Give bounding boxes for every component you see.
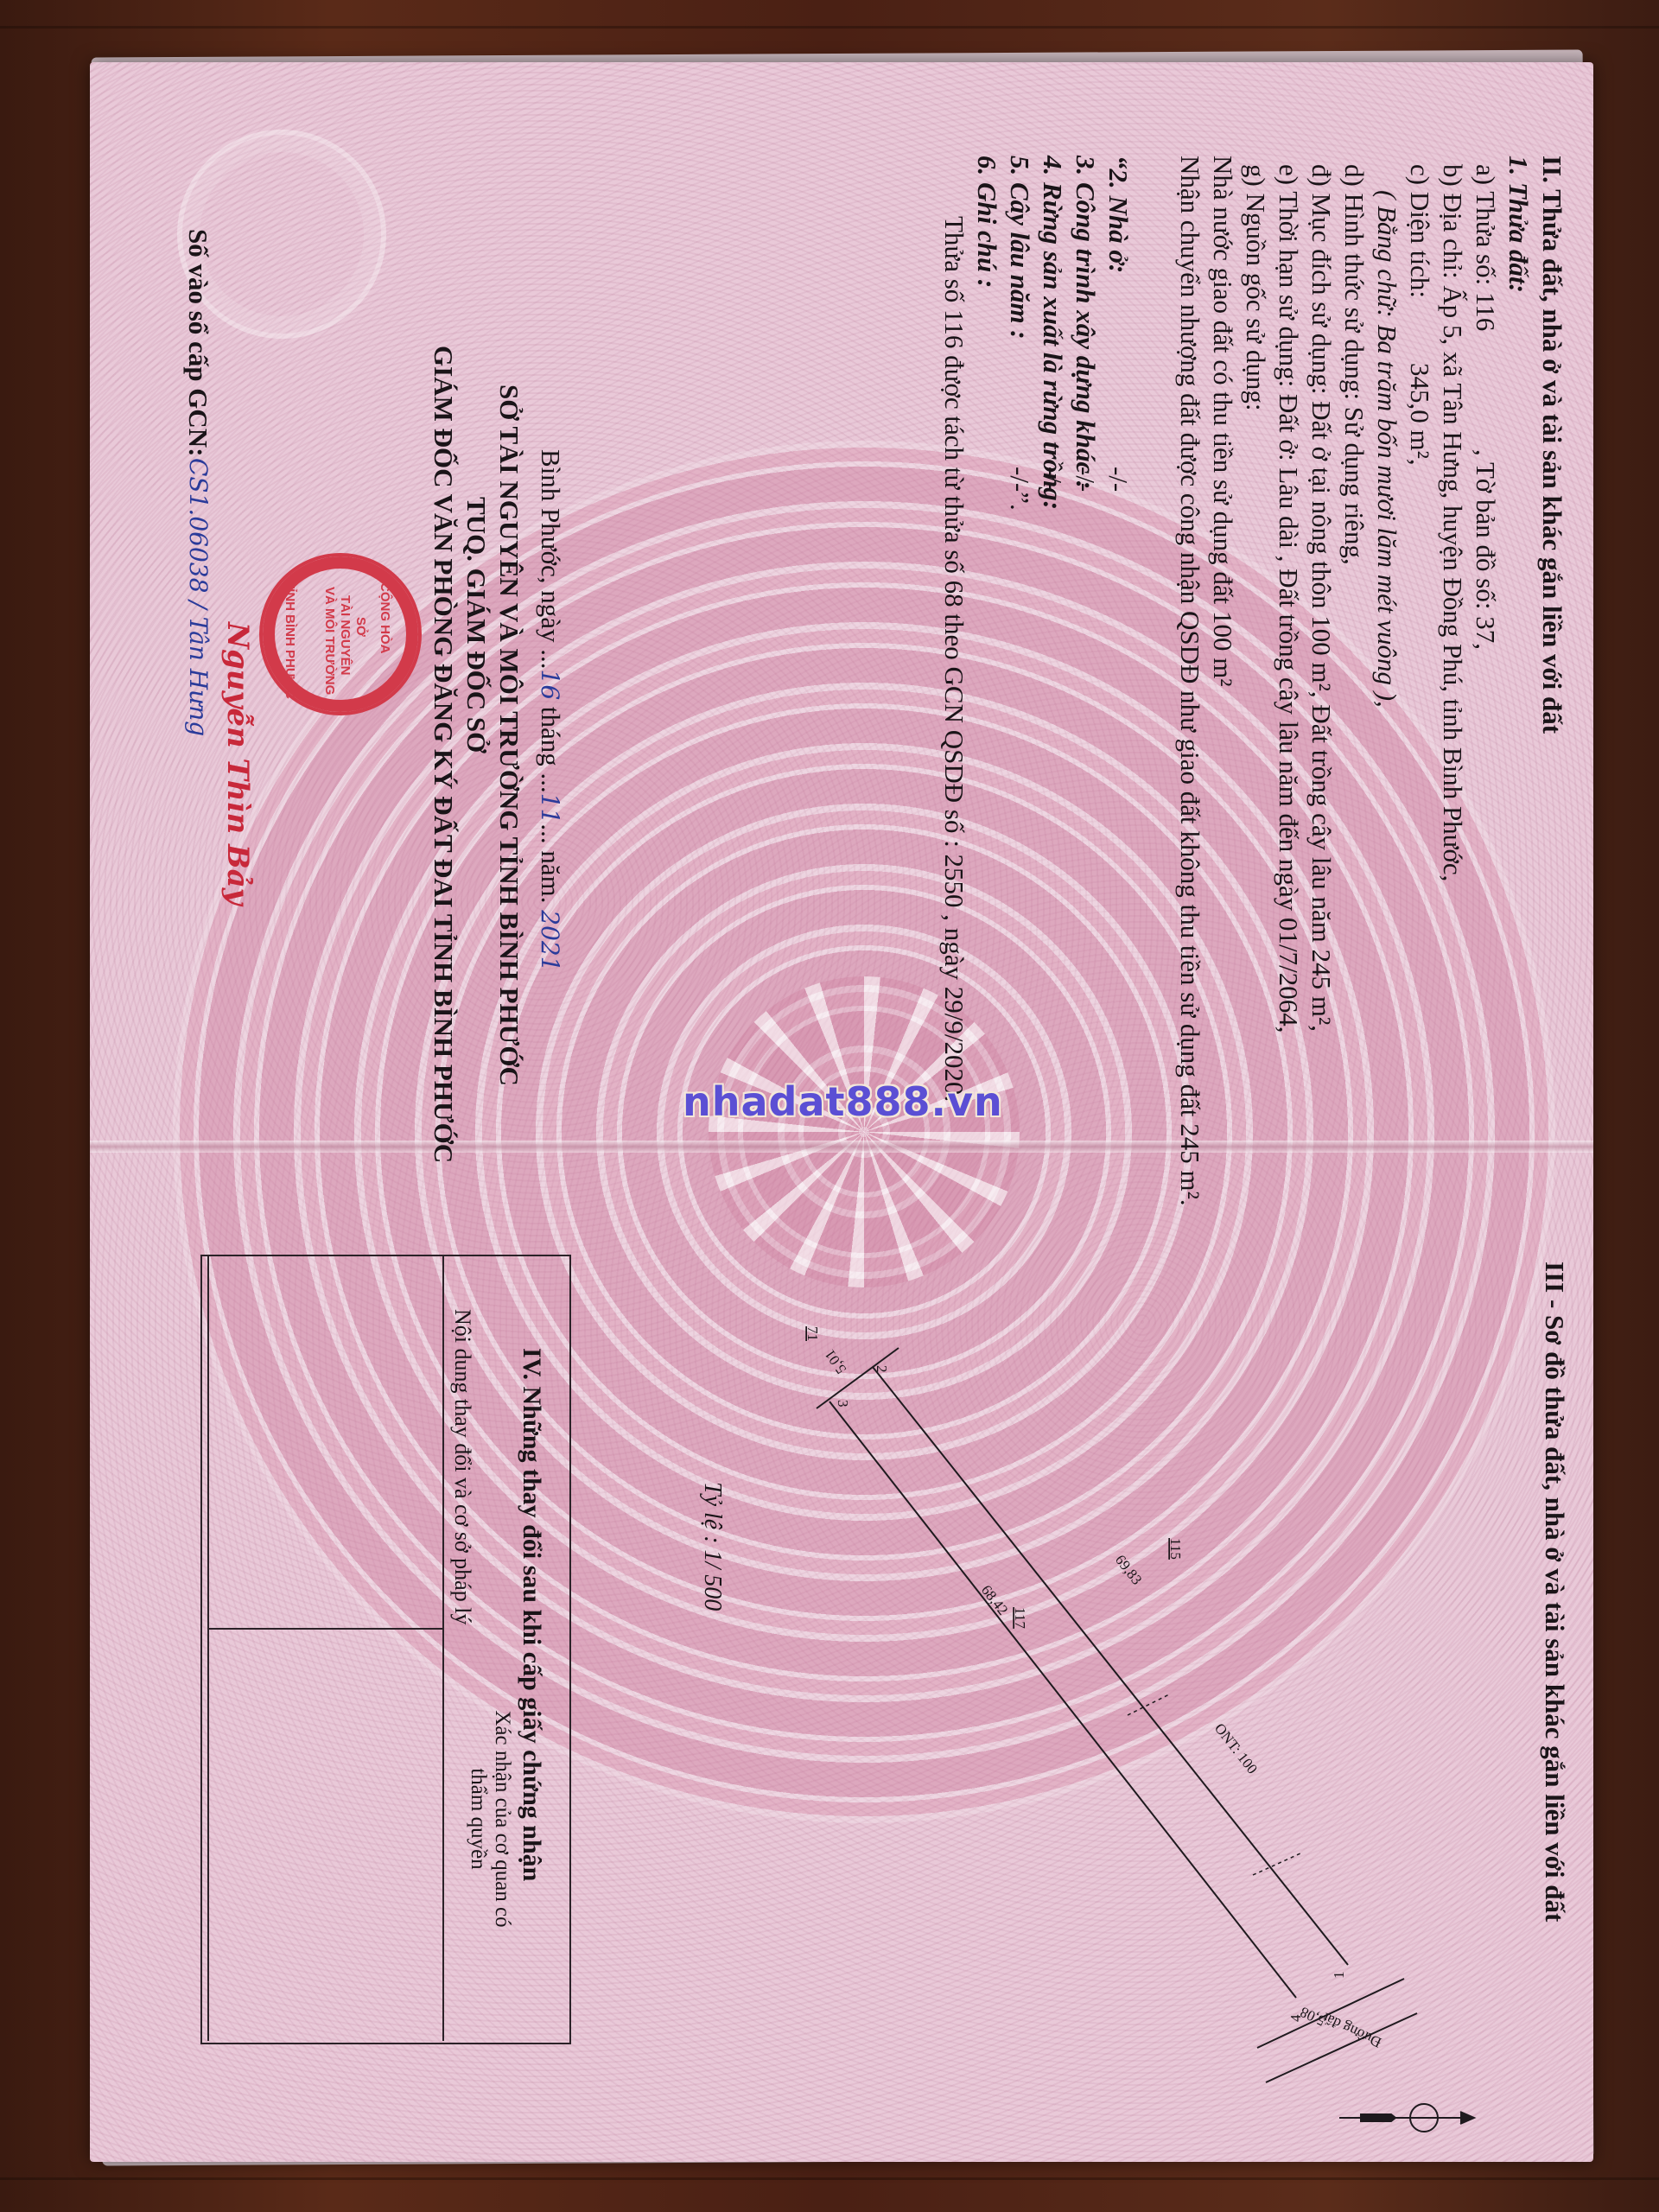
section-iii-title: III - Sơ đồ thửa đất, nhà ở và tài sản k… [1541, 1262, 1568, 1922]
usage-term: e) Thời hạn sử dụng: Đất ở: Lâu dài , Đấ… [1275, 164, 1302, 1033]
forest-value: -/- [1039, 467, 1066, 492]
confirmation-column-header: Xác nhận của cơ quan có thẩm quyền [467, 1698, 514, 1940]
signing-office: GIÁM ĐỐC VĂN PHÒNG ĐĂNG KÝ ĐẤT ĐAI TỈNH … [430, 346, 457, 1163]
changes-column-header: Nội dung thay đổi và cơ sở pháp lý [451, 1309, 474, 1624]
origin-line-1: Nhà nước giao đất có thu tiền sử dụng đấ… [1210, 156, 1236, 687]
usage-origin: g) Nguồn gốc sử dụng: [1243, 164, 1269, 410]
page-fold [90, 1141, 1593, 1153]
date-line: Bình Phước, ngày ...16 tháng ...11... nă… [537, 449, 564, 972]
section-ii-title: II. Thửa đất, nhà ở và tài sản khác gắn … [1539, 156, 1566, 734]
note-text: Thửa số 116 được tách từ thửa số 68 theo… [941, 216, 968, 1102]
usage-form: d) Hình thức sử dụng: Sử dụng riêng, [1341, 164, 1368, 565]
stamp-bottom-text: TỈNH BÌNH PHƯỚC [283, 581, 297, 699]
signer-name: Nguyễn Thìn Bảy [220, 622, 255, 906]
land-heading: 1. Thửa đất: [1505, 156, 1532, 293]
perennial-value: -/-”. [1007, 467, 1033, 511]
issuing-agency: SỞ TÀI NGUYÊN VÀ MÔI TRƯỜNG TỈNH BÌNH PH… [496, 385, 523, 1086]
registry-number: CS1.06038 / Tân Hưng [184, 458, 213, 736]
perennial-label: 5. Cây lâu năm : [1007, 156, 1033, 340]
date-month: 11 [536, 793, 564, 824]
forest-label: 4. Rừng sản xuất là rừng trồng: [1039, 156, 1066, 510]
section-iv-title: IV. Những thay đổi sau khi cấp giấy chứn… [518, 1348, 544, 1881]
usage-purpose: đ) Mục đích sử dụng: Đất ở tại nông thôn… [1308, 164, 1335, 1032]
table-header-divider [442, 1255, 444, 2041]
date-day: 16 [536, 670, 564, 701]
year-prefix: năm [536, 850, 566, 896]
area-in-words: ( Bằng chữ: Ba trăm bốn mươi lăm mét vuô… [1374, 190, 1401, 708]
changes-table [200, 1255, 571, 2044]
parcel-number: a) Thửa số: 116 [1472, 164, 1499, 331]
construction-label: 3. Công trình xây dựng khác : [1072, 156, 1099, 489]
table-column-divider [207, 1628, 444, 1630]
map-sheet-number: , Tờ bản đồ số: 37, [1472, 449, 1499, 650]
stamp-center-2: TÀI NGUYÊN [338, 595, 353, 676]
origin-line-2: Nhận chuyển nhượng đất được công nhận QS… [1177, 156, 1204, 1206]
stamp-center-3: VÀ MÔI TRƯỜNG [322, 587, 337, 695]
parcel-address: b) Địa chỉ: Ấp 5, xã Tân Hưng, huyện Đồn… [1440, 164, 1466, 881]
house-label: “2. Nhà ở: [1105, 156, 1132, 273]
watermark-logo: nhadat888.vn [683, 1078, 1003, 1125]
table-inner-left [207, 1255, 209, 2041]
construction-value: -/- [1072, 467, 1099, 492]
house-value: -/- [1105, 467, 1132, 492]
drum-star-center [709, 976, 1020, 1287]
stamp-center-1: SỞ [353, 617, 368, 637]
date-year: 2021 [536, 910, 564, 971]
map-scale: Tỷ lệ : 1/ 500 [700, 1482, 724, 1611]
date-prefix: Bình Phước, ngày [536, 449, 566, 643]
month-prefix: tháng [536, 707, 566, 766]
note-label: 6. Ghi chú : [974, 156, 1001, 288]
official-red-stamp: CỘNG HÒA SỞ TÀI NGUYÊN VÀ MÔI TRƯỜNG TỈN… [259, 553, 422, 715]
on-behalf-line: TUQ. GIÁM ĐỐC SỞ [463, 497, 490, 753]
stamp-top-text: CỘNG HÒA [378, 582, 392, 654]
area-value: 345,0 m², [1407, 363, 1433, 466]
registry-label: Số vào sổ cấp GCN: [185, 229, 212, 457]
area-label: c) Diện tích: [1407, 164, 1433, 298]
